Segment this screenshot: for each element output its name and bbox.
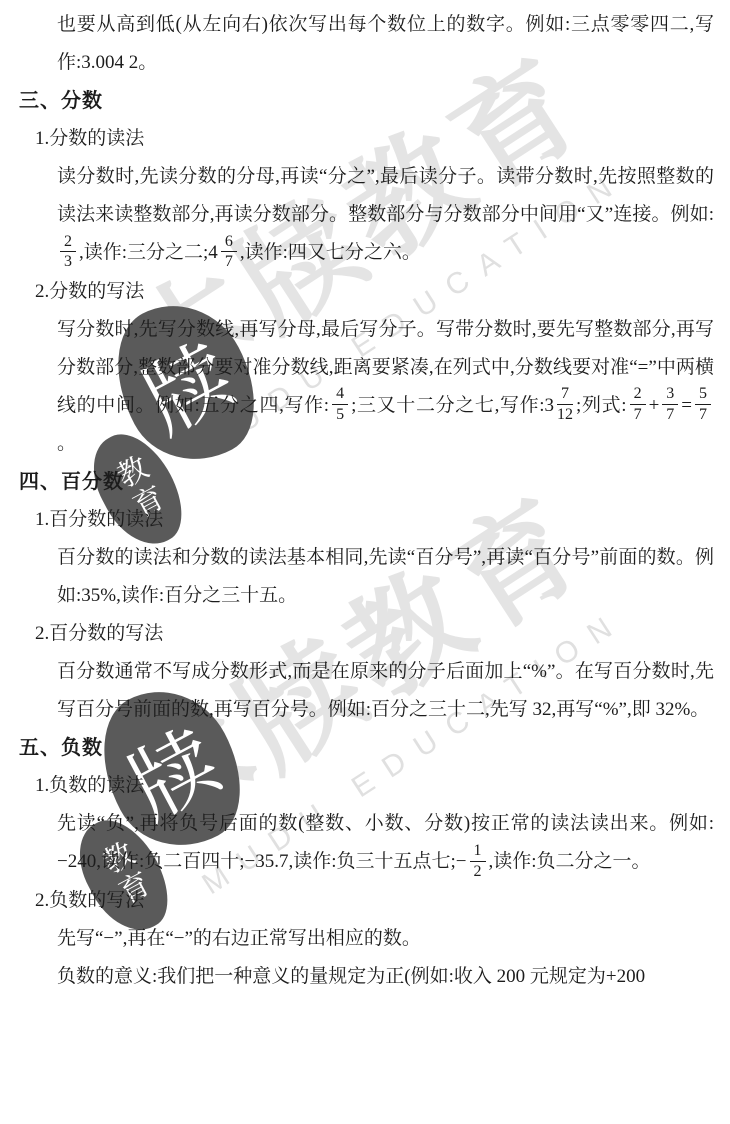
item-heading: 1.分数的读法 [19, 120, 714, 158]
fraction: 27 [630, 385, 646, 423]
fraction: 23 [60, 233, 76, 271]
fraction: 37 [662, 385, 678, 423]
paragraph: 读分数时,先读分数的分母,再读“分之”,最后读分子。读带分数时,先按照整数的读法… [19, 158, 714, 273]
paragraph: 也要从高到低(从左向右)依次写出每个数位上的数字。例如:三点零零四二,写作:3.… [19, 6, 714, 82]
fraction: 57 [695, 385, 711, 423]
paragraph: 负数的意义:我们把一种意义的量规定为正(例如:收入 200 元规定为+200 [19, 958, 714, 996]
document-page: 木牍教育 MUDU EDUCATION 木牍教育 MUDU EDUCATION … [0, 0, 730, 1124]
paragraph: 百分数通常不写成分数形式,而是在原来的分子后面加上“%”。在写百分数时,先写百分… [19, 653, 714, 729]
section-heading: 五、负数 [19, 729, 714, 767]
item-heading: 2.分数的写法 [19, 273, 714, 311]
item-heading: 1.负数的读法 [19, 767, 714, 805]
fraction: 12 [470, 842, 486, 880]
fraction: 45 [332, 385, 348, 423]
fraction: 712 [557, 385, 573, 423]
document-content: 也要从高到低(从左向右)依次写出每个数位上的数字。例如:三点零零四二,写作:3.… [0, 0, 730, 996]
item-heading: 2.百分数的写法 [19, 615, 714, 653]
paragraph: 先读“负”,再将负号后面的数(整数、小数、分数)按正常的读法读出来。例如:−24… [19, 805, 714, 882]
fraction: 67 [221, 233, 237, 271]
paragraph: 先写“−”,再在“−”的右边正常写出相应的数。 [19, 920, 714, 958]
item-heading: 2.负数的写法 [19, 882, 714, 920]
item-heading: 1.百分数的读法 [19, 501, 714, 539]
paragraph: 百分数的读法和分数的读法基本相同,先读“百分号”,再读“百分号”前面的数。例如:… [19, 539, 714, 615]
section-heading: 三、分数 [19, 82, 714, 120]
paragraph: 写分数时,先写分数线,再写分母,最后写分子。写带分数时,要先写整数部分,再写分数… [19, 311, 714, 464]
section-heading: 四、百分数 [19, 463, 714, 501]
